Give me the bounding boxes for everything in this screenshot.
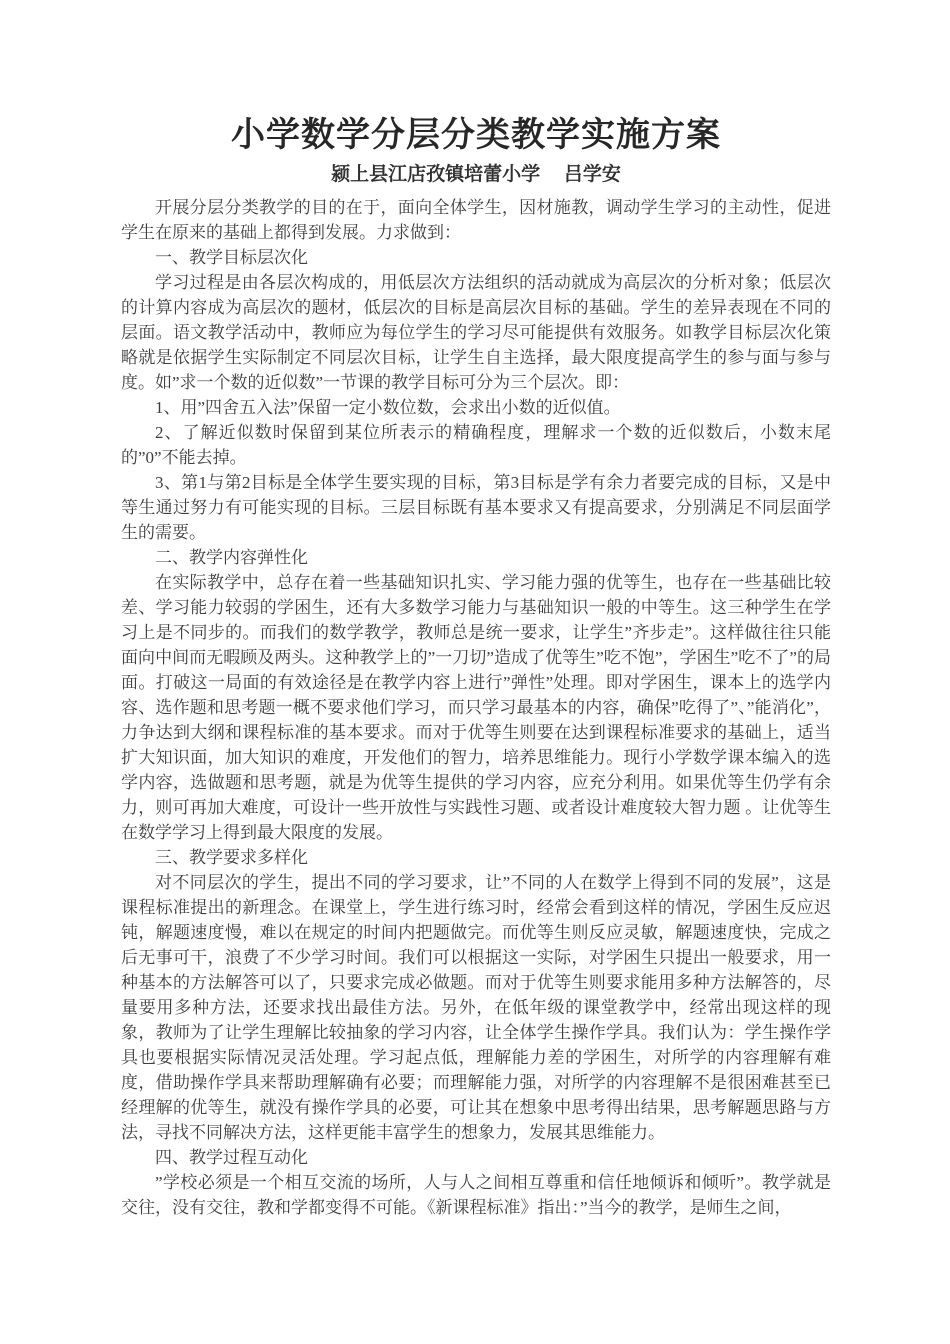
body-paragraph: 在实际教学中，总存在着一些基础知识扎实、学习能力强的优等生，也存在一些基础比较差… [121, 570, 831, 845]
body-paragraph: 3、第1与第2目标是全体学生要实现的目标，第3目标是学有余力者要完成的目标，又是… [121, 470, 831, 545]
body-paragraph: 对不同层次的学生，提出不同的学习要求，让”不同的人在数学上得到不同的发展”，这是… [121, 870, 831, 1145]
body-paragraph: 开展分层分类教学的目的在于，面向全体学生，因材施教，调动学生学习的主动性，促进学… [121, 195, 831, 245]
section-heading: 二、教学内容弹性化 [121, 545, 831, 570]
document-content: 小学数学分层分类教学实施方案 颍上县江店孜镇培蕾小学 吕学安 开展分层分类教学的… [121, 0, 831, 1220]
document-body: 开展分层分类教学的目的在于，面向全体学生，因材施教，调动学生学习的主动性，促进学… [121, 195, 831, 1220]
body-paragraph: 2、了解近似数时保留到某位所表示的精确程度，理解求一个数的近似数后，小数末尾的”… [121, 420, 831, 470]
section-heading: 四、教学过程互动化 [121, 1145, 831, 1170]
document-page: 小学数学分层分类教学实施方案 颍上县江店孜镇培蕾小学 吕学安 开展分层分类教学的… [0, 0, 950, 1344]
body-paragraph: 学习过程是由各层次构成的，用低层次方法组织的活动就成为高层次的分析对象；低层次的… [121, 270, 831, 395]
section-heading: 一、教学目标层次化 [121, 245, 831, 270]
body-paragraph: ”学校必须是一个相互交流的场所，人与人之间相互尊重和信任地倾诉和倾听”。教学就是… [121, 1170, 831, 1220]
document-byline: 颍上县江店孜镇培蕾小学 吕学安 [121, 162, 831, 188]
body-paragraph: 1、用”四舍五入法”保留一定小数位数，会求出小数的近似值。 [121, 395, 831, 420]
section-heading: 三、教学要求多样化 [121, 845, 831, 870]
document-title: 小学数学分层分类教学实施方案 [121, 114, 831, 158]
